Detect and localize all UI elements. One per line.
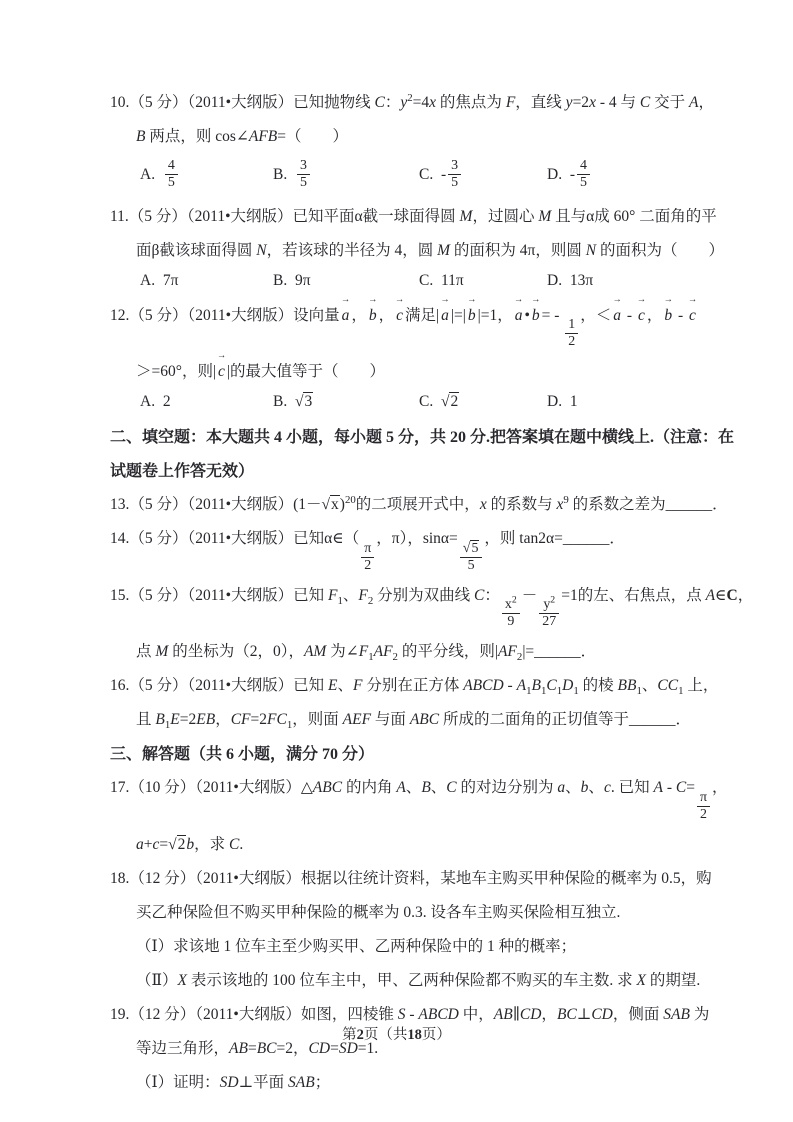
question-14-line-1: 14.（5 分）（2011•大纲版）已知α∈（π2，π），sinα=√55，则 … <box>110 526 694 573</box>
question-12-line-2: ＞=60°，则|c|的最大值等于（ ） <box>110 359 694 384</box>
question-16: 16.（5 分）（2011•大纲版）已知 E、F 分别在正方体 ABCD - A… <box>110 673 694 732</box>
option-b: B. 35 <box>273 158 419 191</box>
question-15-line-1: 15.（5 分）（2011•大纲版）已知 F1、F2 分别为双曲线 C：x29－… <box>110 583 694 630</box>
page-number-text: 第2页（共18页） <box>342 1027 451 1043</box>
section-heading-line-1: 三、解答题（共 6 小题，满分 70 分） <box>110 741 694 768</box>
question-18: 18.（12 分）（2011•大纲版）根据以往统计资料，某地车主购买甲种保险的概… <box>110 866 694 993</box>
option-d: D. 1 <box>547 393 694 411</box>
question-13: 13.（5 分）（2011•大纲版）(1－√x)20的二项展开式中，x 的系数与… <box>110 492 694 517</box>
question-13-line-1: 13.（5 分）（2011•大纲版）(1－√x)20的二项展开式中，x 的系数与… <box>110 492 694 517</box>
question-18-part-2: （Ⅱ）X 表示该地的 100 位车主中，甲、乙两种保险都不购买的车主数. 求 X… <box>110 968 694 993</box>
question-11: 11.（5 分）（2011•大纲版）已知平面α截一球面得圆 M，过圆心 M 且与… <box>110 204 694 290</box>
option-a: A. 7π <box>140 272 273 290</box>
section-heading-solutions: 三、解答题（共 6 小题，满分 70 分） <box>110 741 694 768</box>
section-heading-fill-in: 二、填空题：本大题共 4 小题，每小题 5 分，共 20 分.把答案填在题中横线… <box>110 424 694 485</box>
option-c: C. √2 <box>419 393 547 411</box>
question-12: 12.（5 分）（2011•大纲版）设向量a，b，c满足|a|=|b|=1，a•… <box>110 303 694 411</box>
question-18-part-1: （Ⅰ）求该地 1 位车主至少购买甲、乙两种保险中的 1 种的概率； <box>110 934 694 959</box>
question-10-line-1: 10.（5 分）（2011•大纲版）已知抛物线 C：y2=4x 的焦点为 F，直… <box>110 90 694 115</box>
option-c: C. -35 <box>419 158 547 191</box>
question-12-line-1: 12.（5 分）（2011•大纲版）设向量a，b，c满足|a|=|b|=1，a•… <box>110 303 694 350</box>
question-19-part-1: （Ⅰ）证明：SD⊥平面 SAB； <box>110 1070 694 1095</box>
question-16-line-1: 16.（5 分）（2011•大纲版）已知 E、F 分别在正方体 ABCD - A… <box>110 673 694 698</box>
option-d: D. 13π <box>547 272 694 290</box>
question-10-options: A. 45 B. 35 C. -35 D. -45 <box>110 158 694 191</box>
question-19: 19.（12 分）（2011•大纲版）如图，四棱锥 S - ABCD 中，AB∥… <box>110 1002 694 1095</box>
option-a: A. 2 <box>140 393 273 411</box>
question-14: 14.（5 分）（2011•大纲版）已知α∈（π2，π），sinα=√55，则 … <box>110 526 694 573</box>
question-18-line-1: 18.（12 分）（2011•大纲版）根据以往统计资料，某地车主购买甲种保险的概… <box>110 866 694 891</box>
question-11-options: A. 7π B. 9π C. 11π D. 13π <box>110 272 694 290</box>
question-15: 15.（5 分）（2011•大纲版）已知 F1、F2 分别为双曲线 C：x29－… <box>110 583 694 664</box>
question-17-line-2: a+c=√2b，求 C. <box>110 832 694 857</box>
page-number-footer: 第2页（共18页） <box>0 1023 793 1044</box>
question-16-line-2: 且 B1E=2EB，CF=2FC1，则面 AEF 与面 ABC 所成的二面角的正… <box>110 707 694 732</box>
question-17-line-1: 17.（10 分）（2011•大纲版）△ABC 的内角 A、B、C 的对边分别为… <box>110 775 694 822</box>
option-a: A. 45 <box>140 158 273 191</box>
question-18-line-2: 买乙种保险但不购买甲种保险的概率为 0.3. 设各车主购买保险相互独立. <box>110 900 694 925</box>
question-10: 10.（5 分）（2011•大纲版）已知抛物线 C：y2=4x 的焦点为 F，直… <box>110 90 694 191</box>
question-12-options: A. 2 B. √3 C. √2 D. 1 <box>110 393 694 411</box>
question-10-line-2: B 两点，则 cos∠AFB=（ ） <box>110 124 694 149</box>
option-b: B. 9π <box>273 272 419 290</box>
option-d: D. -45 <box>547 158 694 191</box>
option-c: C. 11π <box>419 272 547 290</box>
question-17: 17.（10 分）（2011•大纲版）△ABC 的内角 A、B、C 的对边分别为… <box>110 775 694 856</box>
section-heading-line-1: 二、填空题：本大题共 4 小题，每小题 5 分，共 20 分.把答案填在题中横线… <box>110 424 694 451</box>
option-b: B. √3 <box>273 393 419 411</box>
question-15-line-2: 点 M 的坐标为（2，0），AM 为∠F1AF2 的平分线，则|AF2|=___… <box>110 639 694 664</box>
question-11-line-2: 面β截该球面得圆 N，若该球的半径为 4，圆 M 的面积为 4π，则圆 N 的面… <box>110 238 694 263</box>
question-11-line-1: 11.（5 分）（2011•大纲版）已知平面α截一球面得圆 M，过圆心 M 且与… <box>110 204 694 229</box>
exam-content: 10.（5 分）（2011•大纲版）已知抛物线 C：y2=4x 的焦点为 F，直… <box>110 90 694 1104</box>
section-heading-line-2: 试题卷上作答无效） <box>110 458 694 485</box>
